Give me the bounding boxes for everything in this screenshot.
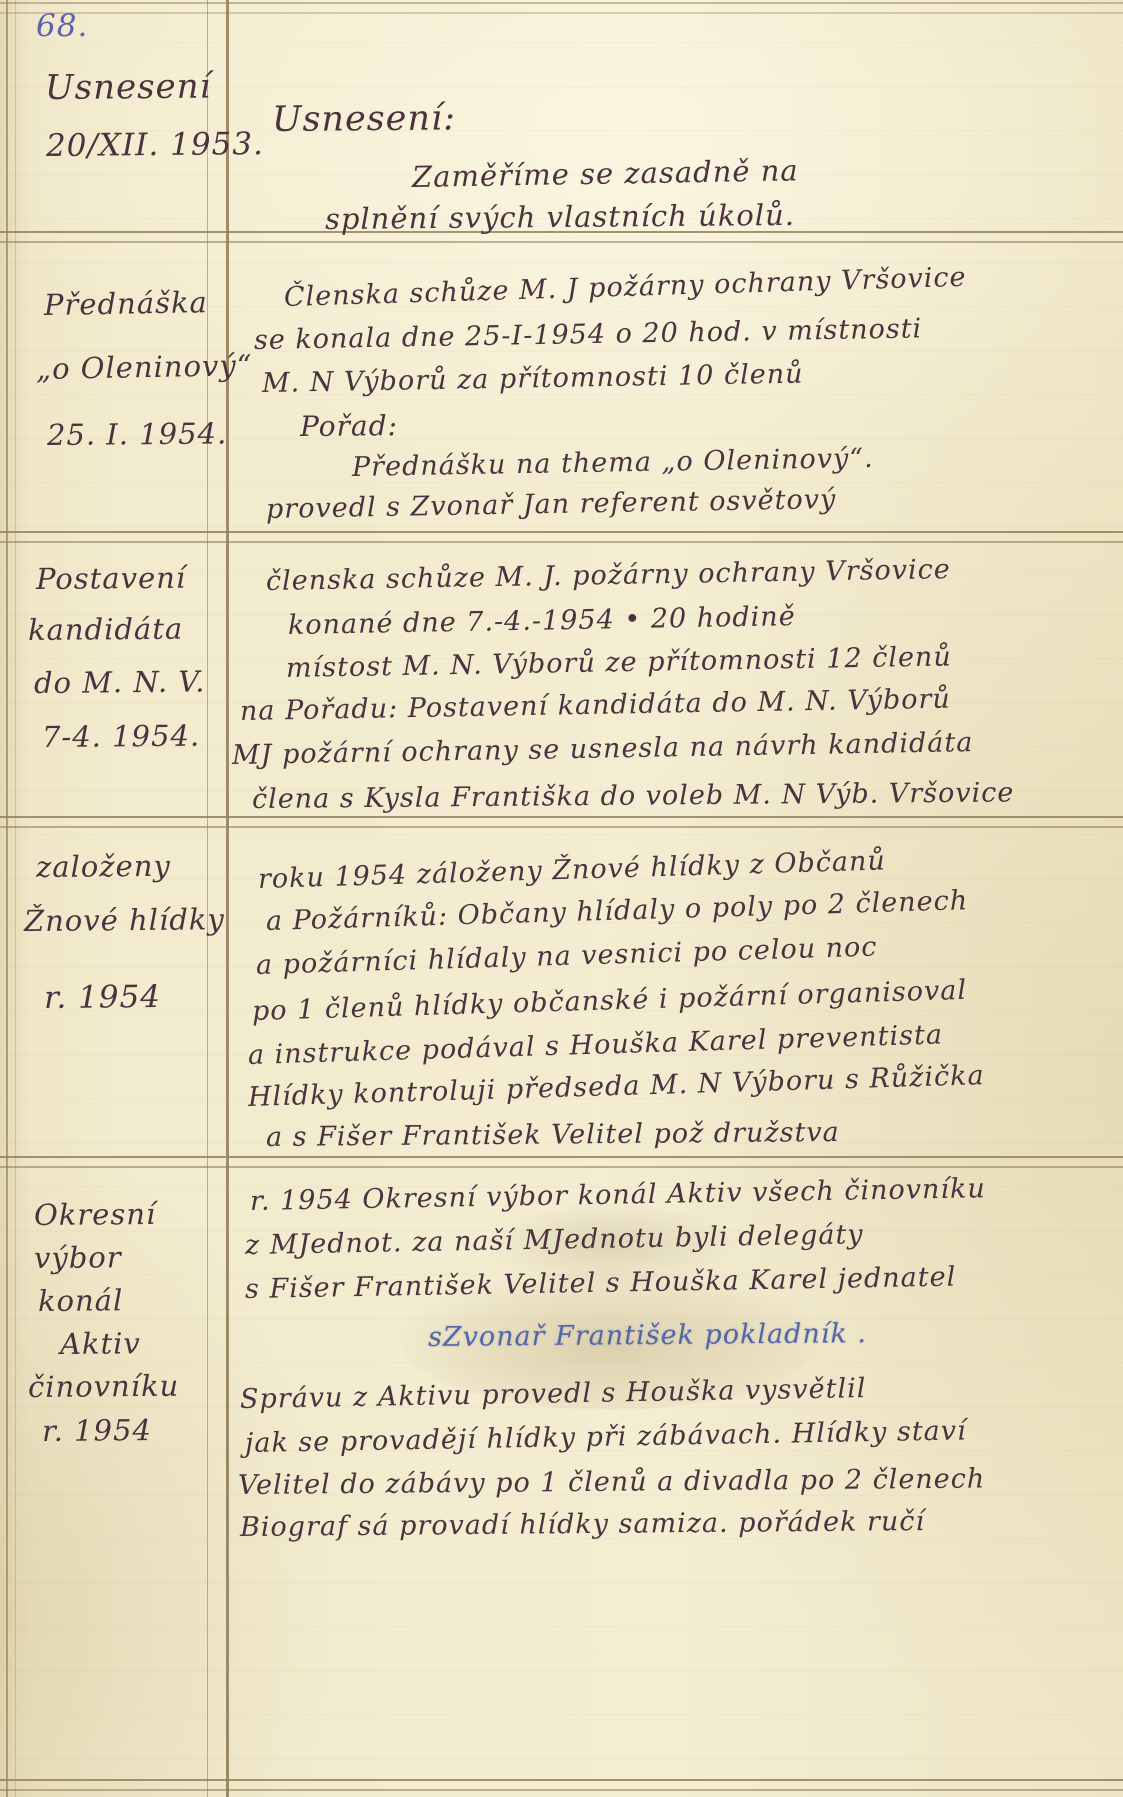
margin-note-line: do M. N. V. <box>34 665 206 700</box>
entry-line: Členska schůze M. J požárny ochrany Vršo… <box>284 262 967 313</box>
entry-line: Biograf sá provadí hlídky samiza. pořáde… <box>240 1506 925 1543</box>
margin-note-line: 20/XII. 1953. <box>46 126 264 164</box>
margin-note-line: Postavení <box>36 561 186 596</box>
entry-line: r. 1954 Okresní výbor konál Aktiv všech … <box>250 1173 986 1217</box>
entry-line: konané dne 7.-4.-1954 • 20 hodině <box>288 601 796 641</box>
entry-line-blue-ink: sZvonař František pokladník . <box>428 1318 867 1353</box>
margin-note-line: založeny <box>36 849 171 884</box>
ruled-line-vertical <box>15 0 16 1797</box>
section-divider <box>0 531 1123 543</box>
entry-line: člena s Kysla Františka do voleb M. N Vý… <box>252 777 1015 815</box>
section-divider <box>0 1156 1123 1168</box>
entry-line: M. N Výborů za přítomnosti 10 členů <box>262 359 804 399</box>
margin-note-line: r. 1954 <box>44 979 161 1016</box>
margin-note-line: činovníku <box>28 1369 180 1404</box>
section-divider <box>0 1779 1123 1791</box>
entry-line: po 1 členů hlídky občanské i požární org… <box>252 975 968 1027</box>
entry-line: a instrukce podával s Houška Karel preve… <box>248 1019 944 1071</box>
margin-note-line: 7-4. 1954. <box>42 719 200 754</box>
margin-divider-line <box>207 0 208 1797</box>
entry-line: roku 1954 záloženy Žnové hlídky z Občanů <box>258 845 887 895</box>
ledger-page: 68. Usnesení 20/XII. 1953. Usnesení: Zam… <box>0 0 1123 1797</box>
margin-note-line: r. 1954 <box>42 1413 152 1448</box>
entry-line: jak se provadějí hlídky při zábávach. Hl… <box>245 1415 967 1459</box>
entry-line: s Fišer František Velitel s Houška Karel… <box>245 1262 957 1305</box>
entry-line: a požárníci hlídaly na vesnici po celou … <box>256 932 878 981</box>
entry-line: místost M. N. Výborů ze přítomnosti 12 č… <box>286 641 952 684</box>
margin-note-line: Aktiv <box>60 1326 141 1361</box>
margin-divider-line <box>226 0 229 1797</box>
entry-line: na Pořadu: Postavení kandidáta do M. N. … <box>240 684 951 727</box>
margin-note-line: Přednáška <box>44 285 208 322</box>
entry-line: členska schůze M. J. požárny ochrany Vrš… <box>266 554 951 597</box>
entry-line: Hlídky kontroluji předseda M. N Výboru s… <box>248 1060 985 1113</box>
entry-line: MJ požární ochrany se usnesla na návrh k… <box>232 727 974 771</box>
entry-line: provedl s Zvonař Jan referent osvětový <box>266 484 837 525</box>
entry-line: Pořad: <box>300 409 398 443</box>
entry-line: Správu z Aktivu provedl s Houška vysvětl… <box>240 1373 867 1415</box>
entry-line: a s Fišer František Velitel pož družstva <box>266 1117 840 1153</box>
entry-line: Velitel do zábávy po 1 členů a divadla p… <box>238 1463 986 1501</box>
margin-note-line: Usnesení <box>45 67 212 108</box>
page-number: 68. <box>36 8 88 44</box>
margin-note-line: „o Oleninový“ <box>36 348 253 386</box>
entry-line: Přednášku na thema „o Oleninový“. <box>352 443 874 483</box>
entry-line: splnění svých vlastních úkolů. <box>325 198 795 236</box>
margin-note-line: výbor <box>34 1240 122 1275</box>
margin-note-line: 25. I. 1954. <box>47 416 228 452</box>
section-divider <box>0 816 1123 828</box>
margin-note-line: Žnové hlídky <box>24 902 225 938</box>
entry-line: Usnesení: <box>272 98 456 140</box>
section-divider <box>0 2 1123 14</box>
entry-line: a Požárníků: Občany hlídaly o poly po 2 … <box>266 885 969 937</box>
margin-note-line: kandidáta <box>28 612 183 647</box>
entry-line: se konala dne 25-I-1954 o 20 hod. v míst… <box>254 313 923 356</box>
margin-note-line: konál <box>38 1283 124 1318</box>
margin-note-line: Okresní <box>34 1197 157 1232</box>
entry-line: z MJednot. za naší MJednotu byli delegát… <box>245 1219 864 1261</box>
entry-line: Zaměříme se zasadně na <box>412 153 799 194</box>
ruled-line-vertical <box>6 0 8 1797</box>
